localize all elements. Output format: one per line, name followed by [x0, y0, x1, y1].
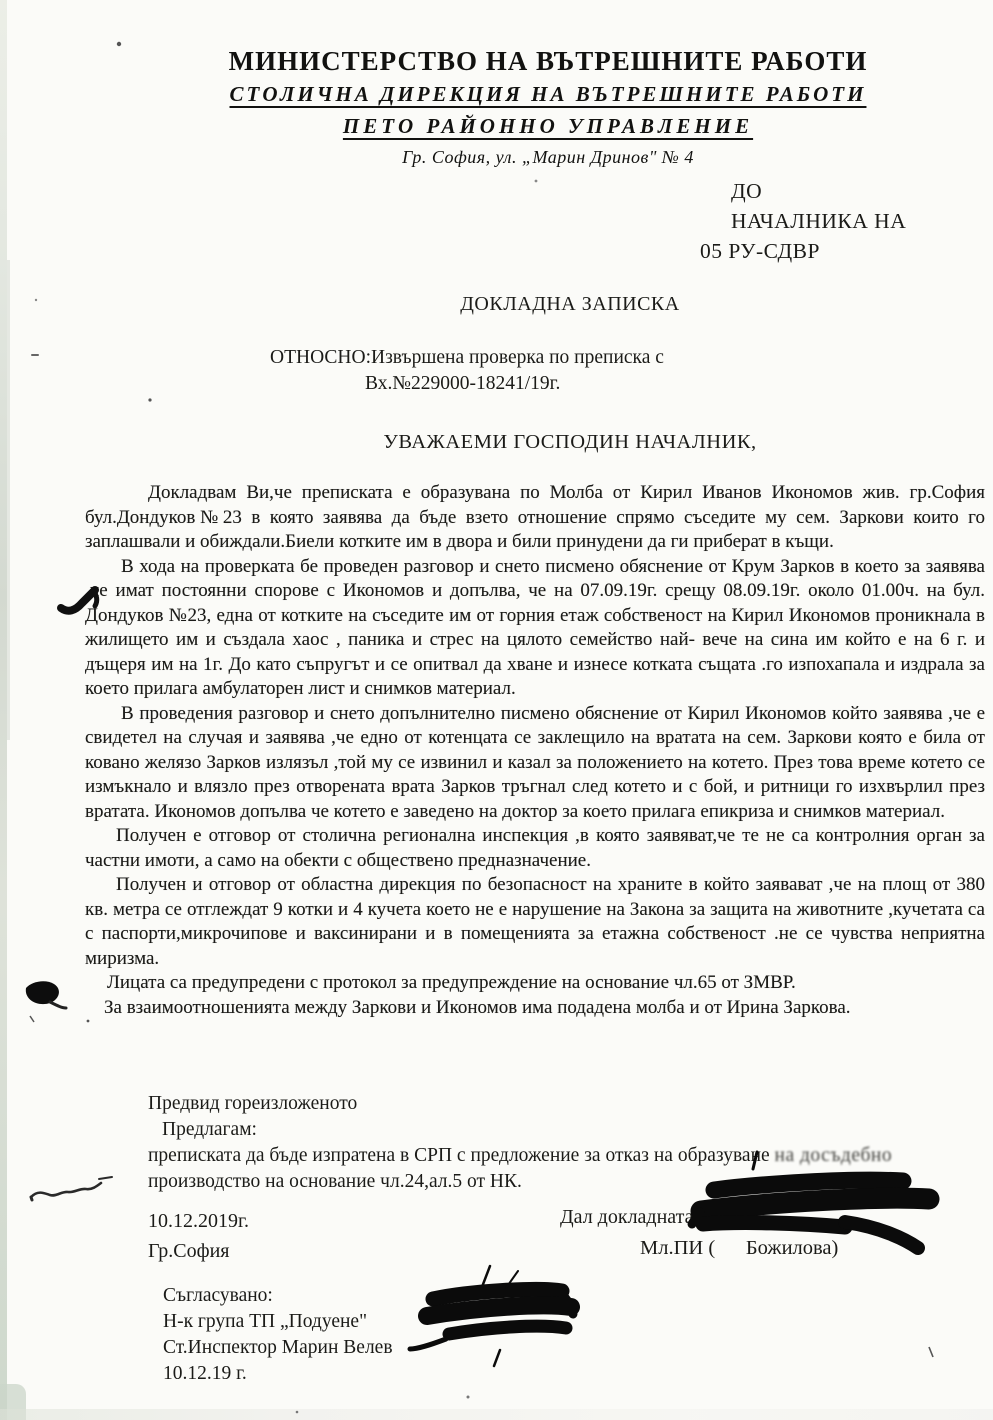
- recipient-to: ДО: [700, 176, 906, 206]
- proposal-label: Предлагам:: [148, 1117, 978, 1143]
- ink-blob-artifact: [26, 981, 66, 1022]
- ministry-name: МИНИСТЕРСТВО НА ВЪТРЕШНИТЕ РАБОТИ: [118, 46, 978, 77]
- proposal-text: преписката да бъде изпратена в СРП с пре…: [148, 1145, 775, 1166]
- paragraph: В хода на проверката бе проведен разгово…: [85, 555, 985, 702]
- subject-block: ОТНОСНО:Извършена проверка по преписка с…: [270, 345, 664, 397]
- scan-edge-artifact: [0, 0, 7, 1420]
- proposal-text-line2: производство на основание чл.24,ал.5 от …: [148, 1169, 978, 1195]
- squiggle-annotation: [31, 1177, 112, 1200]
- date-place-block: 10.12.2019г. Гр.София: [148, 1206, 249, 1266]
- proposal-text-smudged: на досъдебно: [775, 1145, 893, 1166]
- subject-text: Извършена проверка по преписка с: [371, 347, 664, 368]
- address-line: Гр. София, ул. „Марин Дринов" № 4: [118, 147, 978, 168]
- letterhead: МИНИСТЕРСТВО НА ВЪТРЕШНИТЕ РАБОТИ СТОЛИЧ…: [118, 46, 978, 168]
- paragraph: Получен е отговор от столична регионална…: [85, 824, 985, 873]
- approval-date: 10.12.19 г.: [163, 1361, 393, 1387]
- proposal-intro: Предвид гореизложеното: [148, 1091, 978, 1117]
- paragraph: За взаимоотношенията между Заркови и Ико…: [85, 996, 985, 1021]
- recipient-title: НАЧАЛНИКА НА: [700, 206, 906, 236]
- report-body: Докладвам Ви,че преписката е образувана …: [85, 481, 985, 1020]
- paragraph: Получен и отговор от областна дирекция п…: [85, 873, 985, 971]
- subject-label: ОТНОСНО:: [270, 347, 371, 368]
- approver-position: Н-к група ТП „Подуене": [163, 1309, 393, 1335]
- approval-redaction-mark: [410, 1266, 573, 1366]
- submitted-by-label: Дал докладната:: [560, 1206, 699, 1229]
- salutation: УВАЖАЕМИ ГОСПОДИН НАЧАЛНИК,: [140, 431, 993, 454]
- agreed-label: Съгласувано:: [163, 1283, 393, 1309]
- proposal-text-line1: преписката да бъде изпратена в СРП с пре…: [148, 1143, 978, 1169]
- proposal-block: Предвид гореизложеното Предлагам: препис…: [148, 1091, 978, 1195]
- officer-name: Мл.ПИ ( Божилова): [640, 1237, 838, 1260]
- document-page: МИНИСТЕРСТВО НА ВЪТРЕШНИТЕ РАБОТИ СТОЛИЧ…: [0, 0, 993, 1420]
- subject-reference-number: Вх.№229000-18241/19г.: [270, 371, 664, 397]
- recipient-block: ДО НАЧАЛНИКА НА 05 РУ-СДВР: [700, 176, 906, 266]
- paragraph: Докладвам Ви,че преписката е образувана …: [85, 481, 985, 555]
- scan-edge-artifact: [0, 1409, 993, 1420]
- report-date: 10.12.2019г.: [148, 1206, 249, 1236]
- approver-name: Ст.Инспектор Марин Велев: [163, 1335, 393, 1361]
- subject-line: ОТНОСНО:Извършена проверка по преписка с: [270, 345, 664, 371]
- document-title: ДОКЛАДНА ЗАПИСКА: [140, 293, 993, 316]
- approval-block: Съгласувано: Н-к група ТП „Подуене" Ст.И…: [163, 1283, 393, 1387]
- report-city: Гр.София: [148, 1236, 249, 1266]
- recipient-unit: 05 РУ-СДВР: [700, 236, 906, 266]
- department-name: ПЕТО РАЙОННО УПРАВЛЕНИЕ: [118, 114, 978, 139]
- paragraph: В проведения разговор и снето допълнител…: [85, 702, 985, 825]
- directorate-name: СТОЛИЧНА ДИРЕКЦИЯ НА ВЪТРЕШНИТЕ РАБОТИ: [118, 82, 978, 107]
- paragraph: Лицата са предупредени с протокол за пре…: [85, 971, 985, 996]
- scan-edge-artifact: [7, 260, 10, 740]
